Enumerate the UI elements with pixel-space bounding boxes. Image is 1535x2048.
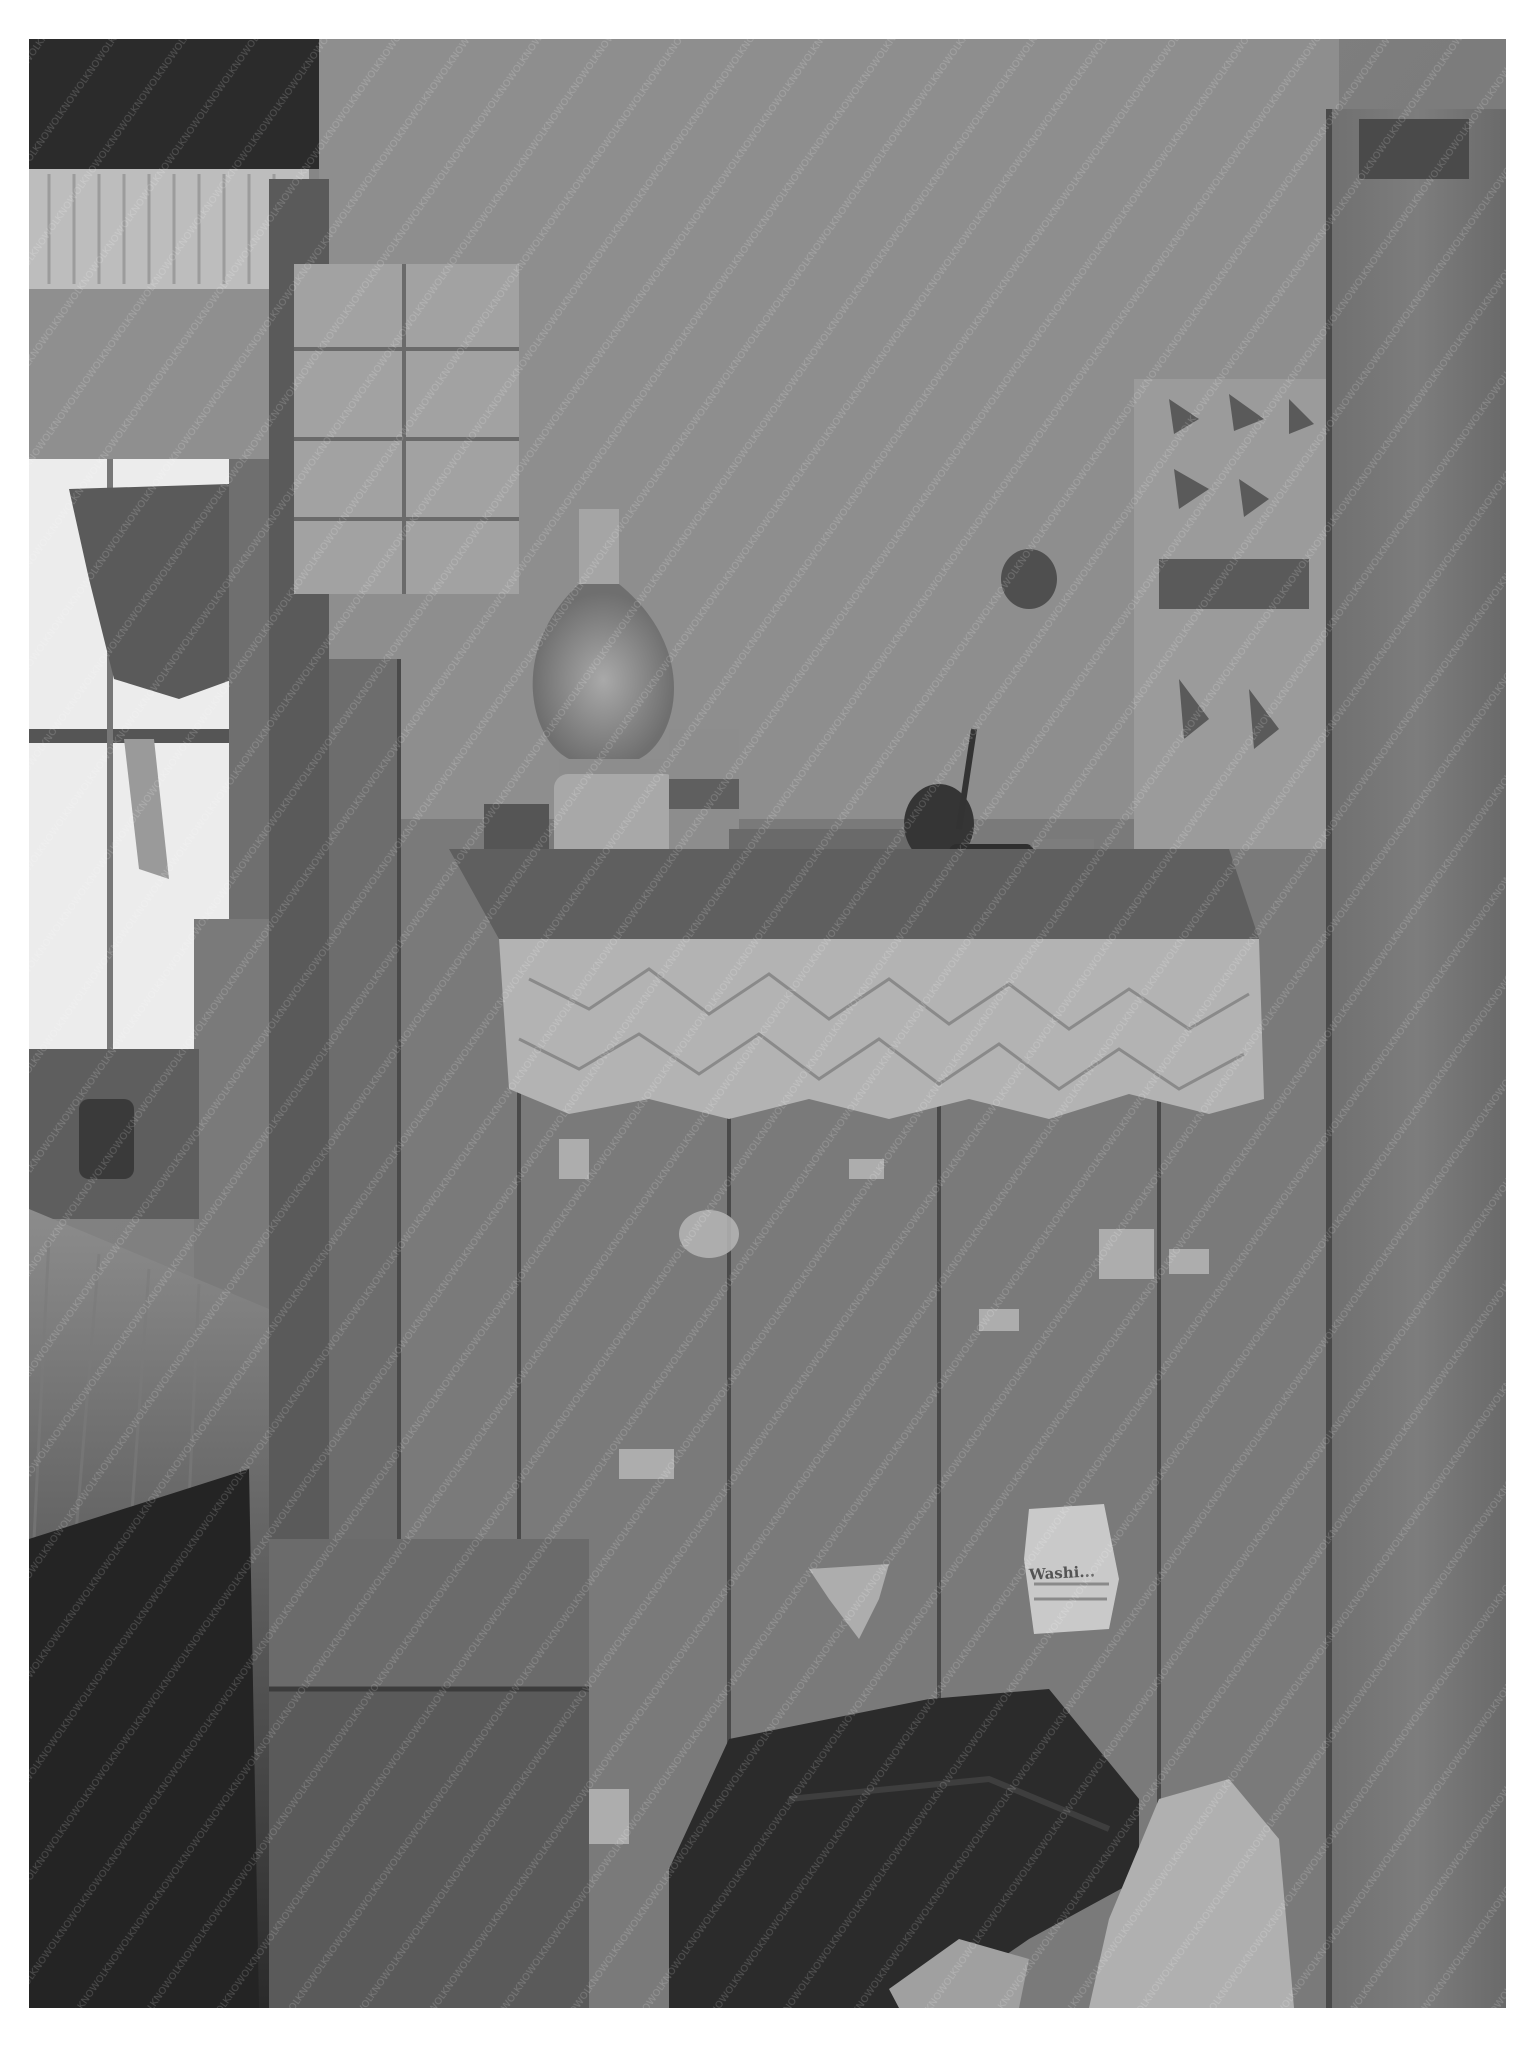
shelf	[449, 849, 1259, 939]
shelf-cloth	[499, 939, 1264, 1119]
comic-page	[294, 264, 519, 594]
heater	[79, 1099, 134, 1179]
cabinet	[194, 919, 274, 1309]
wooden-post	[1329, 109, 1506, 2008]
photo-scene	[29, 39, 1506, 2008]
newspaper-strip	[1134, 379, 1334, 849]
newspaper-masthead: Washi...	[1029, 1562, 1096, 1583]
photograph: Washi... KNOWOL	[29, 39, 1506, 2008]
ceiling	[29, 169, 309, 289]
ceiling-beam	[29, 39, 319, 169]
